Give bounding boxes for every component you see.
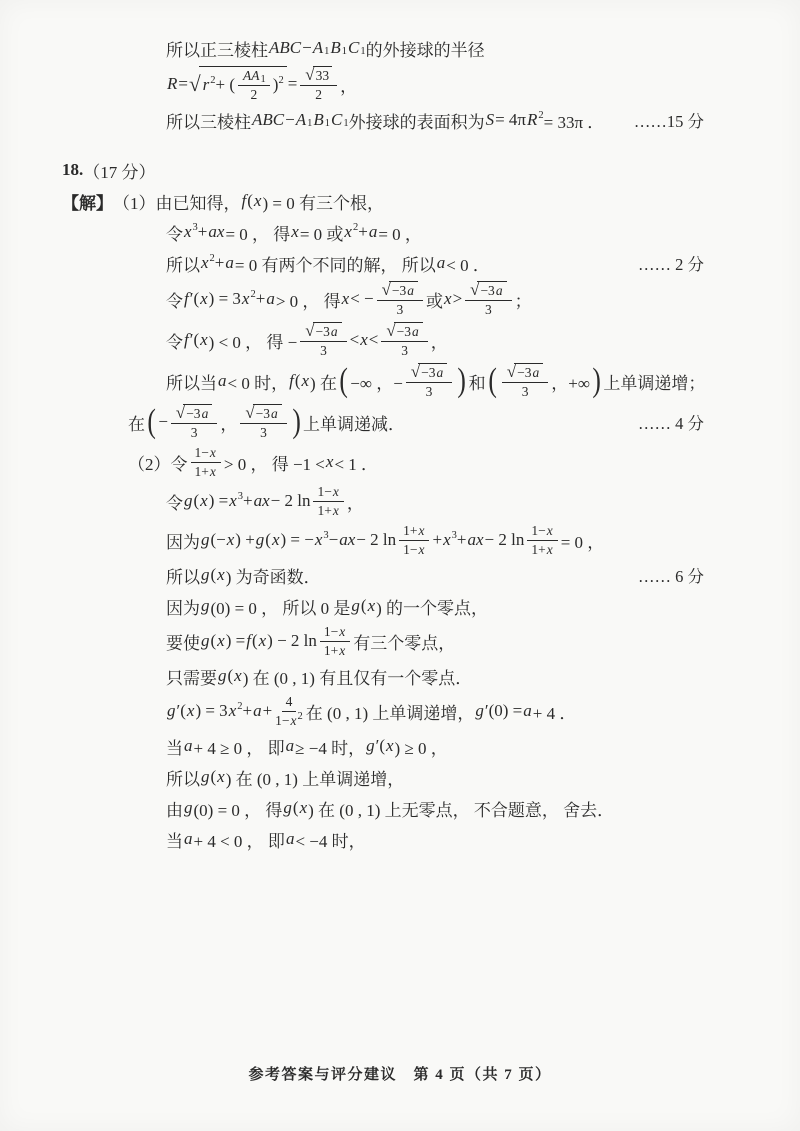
math-variable: A <box>295 110 307 130</box>
math-text: ) < 0 ， 得 − <box>209 328 298 353</box>
equation-roots-line: 令 x3 + ax = 0 ， 得 x = 0 或 x2 + a = 0 ， <box>0 219 800 245</box>
math-text: 2 <box>315 87 322 103</box>
line-content: g′(x) = 3x2 + a + 41−x2 在 (0 , 1) 上单调递增，… <box>166 694 576 728</box>
math-text: 外接球的表面积为 <box>349 108 485 133</box>
math-variable: g <box>200 596 211 616</box>
math-variable: A <box>312 38 324 58</box>
math-variable: x <box>359 330 369 350</box>
math-text: 所以当 <box>166 369 217 394</box>
big-parenthesis: ) <box>458 367 466 396</box>
math-variable: ax <box>466 530 484 550</box>
math-text: ) 在 (0 , 1) 上无零点， 不合题意， 舍去． <box>308 796 614 821</box>
math-text: = 4π <box>495 110 526 130</box>
math-text: > <box>453 289 463 309</box>
math-text: 所以 <box>166 563 200 588</box>
surface-area-conclusion: 所以三棱柱 ABC − A1B1C1 外接球的表面积为 S = 4πR2 = 3… <box>0 107 800 133</box>
fraction: √−3a3 <box>377 281 423 317</box>
case-a-ge-minus4: 当 a + 4 ≥ 0 ， 即 a ≥ −4 时， g′(x) ≥ 0 ， <box>0 733 800 759</box>
line-content: 所以 g(x) 为奇函数． <box>166 563 321 588</box>
math-variable: x <box>417 542 425 558</box>
math-text: > 0 ， 得 <box>276 287 341 312</box>
math-variable: a <box>252 701 263 721</box>
math-text: 或 <box>426 287 443 312</box>
math-variable: g <box>200 530 211 550</box>
g-increasing-line: 所以 g(x) 在 (0 , 1) 上单调递增， <box>0 764 800 790</box>
math-variable: x <box>343 222 353 242</box>
math-text: ) ≥ 0 ， <box>395 734 448 759</box>
math-text: ) + <box>235 530 255 550</box>
math-variable: x <box>241 289 251 309</box>
math-text: < <box>350 330 360 350</box>
math-text: + <box>242 701 252 721</box>
math-variable: x <box>209 445 217 461</box>
monotonic-increasing-intervals: 所以当 a < 0 时， f(x) 在(−∞ ，−√−3a3)和(√−3a3，+… <box>0 363 800 399</box>
math-variable: C <box>347 38 360 58</box>
math-text: −3 <box>256 406 270 422</box>
line-content: 只需要 g(x) 在 (0 , 1) 有且仅有一个零点． <box>166 664 472 689</box>
part2-domain-line: （2）令 1−x1+x > 0 ， 得 −1 < x < 1 ． <box>0 445 800 479</box>
math-text: = 0 或 <box>300 220 344 245</box>
math-text: = 0 ， <box>561 528 605 553</box>
math-variable: ABC <box>251 110 285 130</box>
fraction: √332 <box>300 66 337 102</box>
math-text: ) = 3 <box>209 289 241 309</box>
math-variable: x <box>199 491 209 511</box>
math-text: −3 <box>517 365 531 381</box>
math-text: 令 <box>166 287 183 312</box>
math-text: + <box>457 530 467 550</box>
math-text: + 4 ≥ 0 ， 即 <box>194 734 285 759</box>
math-text: ) − 2 ln <box>267 631 317 651</box>
square-root: √−3a <box>470 281 506 299</box>
math-text: < 1 ． <box>334 450 378 475</box>
math-variable: R <box>526 110 538 130</box>
math-text: ) 在 (0 , 1) 上单调递增， <box>226 765 404 790</box>
math-variable: a <box>368 222 379 242</box>
math-variable: x <box>417 523 425 539</box>
math-variable: R <box>166 74 178 94</box>
square-root: √−3a <box>305 322 341 340</box>
math-variable: f <box>245 631 252 651</box>
math-text: 1− <box>195 445 209 461</box>
line-content: 18.（17 分） <box>62 158 156 183</box>
math-text: 1+ <box>403 523 417 539</box>
math-variable: ax <box>338 530 356 550</box>
math-text: ) = <box>226 631 246 651</box>
math-variable: x <box>299 798 309 818</box>
math-variable: B <box>312 110 324 130</box>
math-variable: x <box>443 289 453 309</box>
math-variable: x <box>314 530 324 550</box>
line-content: 所以正三棱柱 ABC − A1B1C1 的外接球的半径 <box>166 36 485 61</box>
math-text: 所以 <box>166 251 200 276</box>
math-text: 1− <box>275 713 289 729</box>
math-variable: AA <box>242 68 261 84</box>
line-content: 所以三棱柱 ABC − A1B1C1 外接球的表面积为 S = 4πR2 = 3… <box>166 108 604 133</box>
math-variable: x <box>442 530 452 550</box>
math-variable: f <box>183 330 190 350</box>
math-variable: g <box>365 736 376 756</box>
derivative-positive-line: 令 f′(x) = 3x2 + a > 0 ， 得 x < −√−3a3 或 x… <box>0 281 800 317</box>
math-variable: g <box>350 596 361 616</box>
fraction: 41−x2 <box>275 694 303 728</box>
square-root: √r2 + ( AA12 )2 <box>189 66 287 102</box>
math-text: + <box>243 491 253 511</box>
math-text: ) = 0 有三个根， <box>262 189 384 214</box>
math-variable: x <box>385 736 395 756</box>
fraction: 1−x1+x <box>313 484 343 518</box>
line-content: 当 a + 4 ≥ 0 ， 即 a ≥ −4 时， g′(x) ≥ 0 ， <box>166 734 448 759</box>
line-content: 因为 g(0) = 0 ， 所以 0 是 g(x) 的一个零点， <box>166 594 488 619</box>
odd-function-conclusion: 所以 g(x) 为奇函数．…… 6 分 <box>0 562 800 588</box>
math-text: 1+ <box>195 464 209 480</box>
math-variable: a <box>270 406 279 422</box>
bold-label: 【解】 <box>62 189 113 214</box>
fraction: √−3a3 <box>171 404 217 440</box>
line-content: 【解】（1）由已知得， f(x) = 0 有三个根， <box>62 189 384 214</box>
math-variable: x <box>546 523 554 539</box>
score-marker: …… 4 分 <box>638 410 800 434</box>
math-text: 所以三棱柱 <box>166 108 251 133</box>
math-variable: a <box>183 829 194 849</box>
fraction: AA12 <box>238 68 270 102</box>
math-text: (0) = 0 ， 所以 0 是 <box>211 594 351 619</box>
math-text: 上单调递减． <box>303 410 405 435</box>
score-marker: ……15 分 <box>634 108 800 132</box>
math-variable: a <box>532 365 541 381</box>
square-root: √−3a <box>176 404 212 422</box>
math-text: = 0 ， <box>378 220 422 245</box>
math-text: 4 <box>286 694 293 710</box>
odd-function-computation: 因为 g(−x) + g(x) = −x3 − ax − 2 ln 1+x1−x… <box>0 523 800 557</box>
math-text: −3 <box>316 324 330 340</box>
math-variable: a <box>285 736 296 756</box>
math-variable: x <box>367 596 377 616</box>
math-text: + 4 ． <box>533 699 577 724</box>
math-variable: a <box>330 324 339 340</box>
score-marker: …… 2 分 <box>638 251 800 275</box>
math-variable: a <box>265 289 276 309</box>
case-a-lt-minus4: 当 a + 4 < 0 ， 即 a < −4 时， <box>0 826 800 852</box>
line-content: 因为 g(−x) + g(x) = −x3 − ax − 2 ln 1+x1−x… <box>166 523 604 557</box>
fraction: 1+x1−x <box>399 523 429 557</box>
math-variable: a <box>183 736 194 756</box>
math-text: ) = 3 <box>195 701 227 721</box>
derivative-negative-line: 令 f′(x) < 0 ， 得 −√−3a3 < x < √−3a3 ， <box>0 322 800 358</box>
math-text: (0) = 0 ， 得 <box>194 796 283 821</box>
math-variable: x <box>228 491 238 511</box>
line-content: 所以 x2 + a = 0 有两个不同的解， 所以 a < 0 ． <box>166 251 490 276</box>
math-variable: g <box>166 701 177 721</box>
math-text: = <box>288 74 298 94</box>
math-variable: g <box>183 491 194 511</box>
math-variable: x <box>271 530 281 550</box>
math-text: −∞ ，− <box>350 369 403 394</box>
math-text: ) 在 <box>310 369 337 394</box>
math-variable: x <box>341 289 351 309</box>
square-root: √−3a <box>245 404 281 422</box>
math-text: ， <box>220 410 237 435</box>
math-variable: x <box>226 530 236 550</box>
g-definition-line: 令 g(x) = x3 + ax − 2 ln 1−x1+x ， <box>0 484 800 518</box>
fraction: √−3a3 <box>300 322 346 358</box>
fraction: √−3a3 <box>502 363 548 399</box>
solution-content: 所以正三棱柱 ABC − A1B1C1 的外接球的半径R = √r2 + ( A… <box>0 30 800 857</box>
math-variable: x <box>209 464 217 480</box>
math-text: 3 <box>522 384 529 400</box>
math-text: ′( <box>376 736 385 756</box>
fraction: √−3a3 <box>465 281 511 317</box>
big-parenthesis: ( <box>147 408 155 437</box>
math-text: ， <box>431 328 448 353</box>
line-content: 令 g(x) = x3 + ax − 2 ln 1−x1+x ， <box>166 484 364 518</box>
math-text: 3 <box>396 302 403 318</box>
math-text: 3 <box>485 302 492 318</box>
math-text: 所以 <box>166 765 200 790</box>
math-text: < 0 时， <box>228 369 289 394</box>
math-variable: x <box>338 624 346 640</box>
math-variable: x <box>199 289 209 309</box>
math-variable: ax <box>207 222 225 242</box>
math-text: = 0 ， 得 <box>225 220 290 245</box>
math-text: −3 <box>480 283 494 299</box>
math-variable: g <box>200 631 211 651</box>
math-text: 所以正三棱柱 <box>166 36 268 61</box>
math-text: 在 <box>128 410 145 435</box>
math-text: 由 <box>166 796 183 821</box>
math-text: ， <box>347 489 364 514</box>
math-variable: g <box>474 701 485 721</box>
line-content: 令 f′(x) < 0 ， 得 −√−3a3 < x < √−3a3 ， <box>166 322 448 358</box>
math-variable: x <box>183 222 193 242</box>
math-variable: x <box>290 222 300 242</box>
math-text: 只需要 <box>166 664 217 689</box>
math-text: 令 <box>166 328 183 353</box>
bold-label: 18. <box>62 160 83 180</box>
math-text: + <box>263 701 273 721</box>
math-text: ) 在 (0 , 1) 有且仅有一个零点． <box>243 664 472 689</box>
score-marker: …… 6 分 <box>638 563 800 587</box>
math-variable: x <box>546 542 554 558</box>
fraction: √−3a3 <box>406 363 452 399</box>
math-text: 3 <box>401 343 408 359</box>
math-text: − <box>285 110 295 130</box>
math-variable: g <box>200 565 211 585</box>
big-parenthesis: ) <box>592 367 600 396</box>
math-variable: x <box>199 330 209 350</box>
math-text: 1− <box>324 624 338 640</box>
math-variable: g <box>217 666 228 686</box>
big-parenthesis: ) <box>292 408 300 437</box>
math-text: ，+∞ <box>551 369 590 394</box>
zero-at-origin-line: 因为 g(0) = 0 ， 所以 0 是 g(x) 的一个零点， <box>0 593 800 619</box>
math-text: − 2 ln <box>356 530 396 550</box>
math-text: (− <box>211 530 226 550</box>
math-variable: a <box>411 324 420 340</box>
problem-18-heading: 18.（17 分） <box>0 157 800 183</box>
math-variable: r <box>202 75 211 95</box>
math-text: − 2 ln <box>271 491 311 511</box>
math-text: = 0 有两个不同的解， 所以 <box>235 251 436 276</box>
square-root: √−3a <box>507 363 543 381</box>
math-text: 在 (0 , 1) 上单调递增， <box>306 699 475 724</box>
math-text: ≥ −4 时， <box>295 734 365 759</box>
math-text: −3 <box>186 406 200 422</box>
math-text: < − <box>350 289 373 309</box>
math-variable: x <box>338 643 346 659</box>
line-content: 要使 g(x) = f(x) − 2 ln 1−x1+x 有三个零点， <box>166 624 455 658</box>
math-text: 3 <box>426 384 433 400</box>
math-text: = <box>178 74 188 94</box>
math-text: 令 <box>166 489 183 514</box>
math-text: − <box>302 38 312 58</box>
math-variable: x <box>301 371 311 391</box>
math-variable: C <box>330 110 343 130</box>
fraction: √−3a3 <box>240 404 286 440</box>
math-text: ， <box>340 72 357 97</box>
line-content: 由 g(0) = 0 ， 得 g(x) 在 (0 , 1) 上无零点， 不合题意… <box>166 796 614 821</box>
math-text: 2 <box>251 87 258 103</box>
math-text: −3 <box>392 283 406 299</box>
math-variable: a <box>224 253 235 273</box>
square-root: √−3a <box>386 322 422 340</box>
math-variable: ABC <box>268 38 302 58</box>
no-zero-rejected-line: 由 g(0) = 0 ， 得 g(x) 在 (0 , 1) 上无零点， 不合题意… <box>0 795 800 821</box>
line-content: 令 f′(x) = 3x2 + a > 0 ， 得 x < −√−3a3 或 x… <box>166 281 532 317</box>
big-parenthesis: ( <box>488 367 496 396</box>
math-text: = 33π ． <box>544 108 605 133</box>
math-text: 上单调递增； <box>603 369 705 394</box>
line-content: 在(−√−3a3，√−3a3)上单调递减． <box>128 404 405 440</box>
math-text: 3 <box>191 425 198 441</box>
math-variable: x <box>216 767 226 787</box>
math-text: 3 <box>320 343 327 359</box>
math-variable: f <box>183 289 190 309</box>
math-variable: S <box>485 110 496 130</box>
page-footer: 参考答案与评分建议 第 4 页（共 7 页） <box>0 1063 800 1084</box>
line-content: R = √r2 + ( AA12 )2 = √332 ， <box>166 66 357 102</box>
square-root: √−3a <box>382 281 418 299</box>
math-variable: ax <box>253 491 271 511</box>
fraction: 1−x1+x <box>320 624 350 658</box>
math-text: ′( <box>190 289 199 309</box>
math-variable: x <box>233 666 243 686</box>
square-root: √33 <box>305 66 332 84</box>
math-variable: x <box>325 452 335 472</box>
math-text: 因为 <box>166 594 200 619</box>
math-text: 有三个零点， <box>353 629 455 654</box>
math-variable: a <box>406 283 415 299</box>
line-content: （2）令 1−x1+x > 0 ， 得 −1 < x < 1 ． <box>128 445 378 479</box>
math-variable: x <box>216 565 226 585</box>
math-variable: a <box>495 283 504 299</box>
math-text: 1− <box>317 484 331 500</box>
math-variable: x <box>253 191 263 211</box>
math-text: + ( <box>216 75 236 95</box>
math-variable: a <box>436 253 447 273</box>
fraction: √−3a3 <box>381 322 427 358</box>
math-text: （2）令 <box>128 450 188 475</box>
math-variable: x <box>332 503 340 519</box>
math-variable: x <box>200 253 210 273</box>
math-text: −3 <box>421 365 435 381</box>
solution-part1-intro: 【解】（1）由已知得， f(x) = 0 有三个根， <box>0 188 800 214</box>
math-text: 因为 <box>166 528 200 553</box>
math-text: + <box>198 222 208 242</box>
math-text: + 4 < 0 ， 即 <box>194 827 285 852</box>
line-content: 所以当 a < 0 时， f(x) 在(−∞ ，−√−3a3)和(√−3a3，+… <box>166 363 705 399</box>
math-text: 1+ <box>531 542 545 558</box>
unique-zero-requirement: 只需要 g(x) 在 (0 , 1) 有且仅有一个零点． <box>0 663 800 689</box>
line-content: 令 x3 + ax = 0 ， 得 x = 0 或 x2 + a = 0 ， <box>166 220 422 245</box>
math-text: − <box>329 530 339 550</box>
math-text: 1− <box>403 542 417 558</box>
math-text: 1− <box>531 523 545 539</box>
math-text: ′( <box>177 701 186 721</box>
math-text: 3 <box>260 425 267 441</box>
math-text: < <box>369 330 379 350</box>
math-text: ) 的一个零点， <box>376 594 488 619</box>
math-variable: g <box>282 798 293 818</box>
math-variable: g <box>255 530 266 550</box>
math-variable: a <box>217 371 228 391</box>
math-text: ； <box>515 287 532 312</box>
math-text: ) = <box>209 491 229 511</box>
math-text: < −4 时， <box>295 827 365 852</box>
math-variable: x <box>216 631 226 651</box>
math-text: ′( <box>190 330 199 350</box>
math-variable: g <box>183 798 194 818</box>
math-text: 1+ <box>324 643 338 659</box>
math-variable: a <box>285 829 296 849</box>
math-variable: a <box>435 365 444 381</box>
math-text: ) 为奇函数． <box>226 563 321 588</box>
math-text: −3 <box>397 324 411 340</box>
math-variable: x <box>228 701 238 721</box>
square-root: √−3a <box>411 363 447 381</box>
math-text: 1+ <box>317 503 331 519</box>
math-text: 令 <box>166 220 183 245</box>
math-variable: f <box>288 371 295 391</box>
fraction: 1−x1+x <box>191 445 221 479</box>
circumsphere-radius-statement: 所以正三棱柱 ABC − A1B1C1 的外接球的半径 <box>0 35 800 61</box>
math-variable: x <box>290 713 298 729</box>
math-text: （17 分） <box>83 158 155 183</box>
math-text: ′(0) = <box>485 701 522 721</box>
math-text: 当 <box>166 827 183 852</box>
math-variable: g <box>200 767 211 787</box>
math-variable: a <box>522 701 533 721</box>
math-variable: x <box>186 701 196 721</box>
line-content: 所以 g(x) 在 (0 , 1) 上单调递增， <box>166 765 404 790</box>
math-text: 当 <box>166 734 183 759</box>
a-negative-conclusion: 所以 x2 + a = 0 有两个不同的解， 所以 a < 0 ．…… 2 分 <box>0 250 800 276</box>
monotonic-decreasing-interval: 在(−√−3a3，√−3a3)上单调递减．…… 4 分 <box>0 404 800 440</box>
math-text: 和 <box>469 369 486 394</box>
math-text: ) = − <box>281 530 314 550</box>
radius-formula: R = √r2 + ( AA12 )2 = √332 ， <box>0 66 800 102</box>
math-text: （1）由已知得， <box>113 189 241 214</box>
math-text: + <box>256 289 266 309</box>
math-text: > 0 ， 得 −1 < <box>224 450 325 475</box>
math-variable: x <box>332 484 340 500</box>
answer-sheet-page: 所以正三棱柱 ABC − A1B1C1 的外接球的半径R = √r2 + ( A… <box>0 0 800 1131</box>
fraction: 1−x1+x <box>527 523 557 557</box>
math-text: − <box>158 412 168 432</box>
math-variable: x <box>258 631 268 651</box>
three-zeros-condition: 要使 g(x) = f(x) − 2 ln 1−x1+x 有三个零点， <box>0 624 800 658</box>
math-variable: f <box>241 191 248 211</box>
